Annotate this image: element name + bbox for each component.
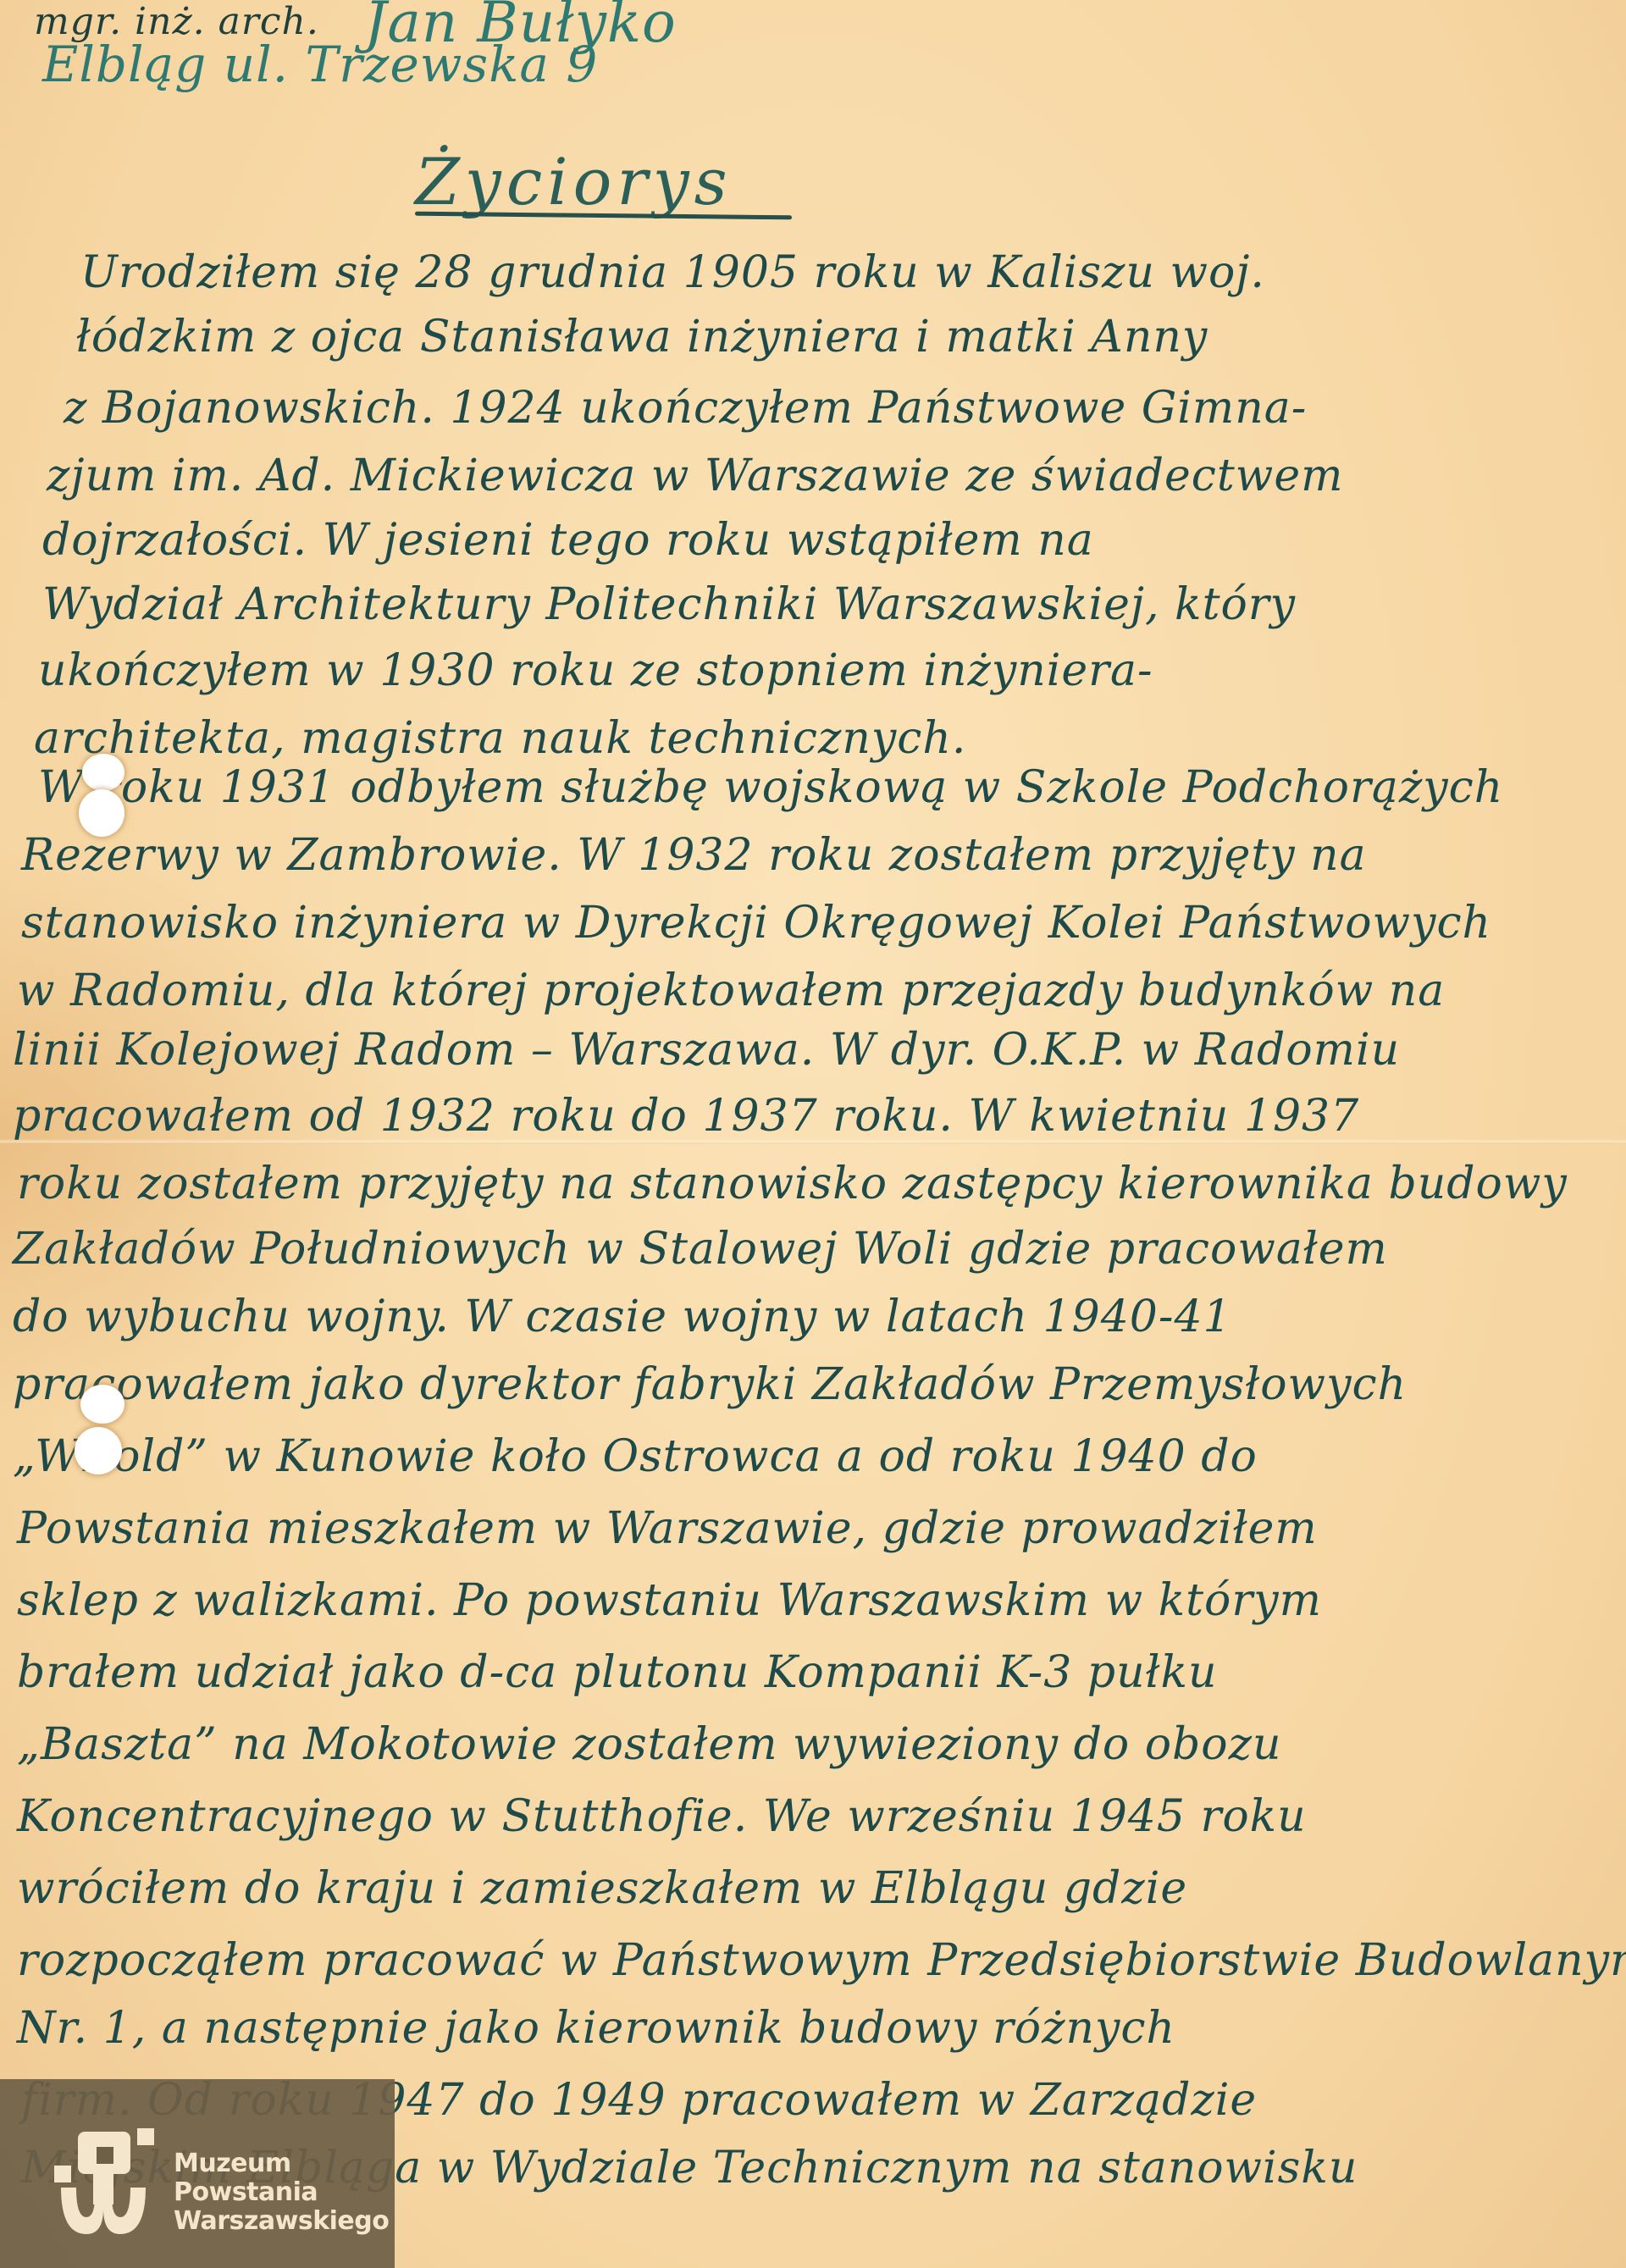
body-line: W roku 1931 odbyłem służbę wojskową w Sz… xyxy=(38,762,1503,813)
punch-hole-top-upper xyxy=(82,754,124,791)
body-line: z Bojanowskich. 1924 ukończyłem Państwow… xyxy=(64,383,1307,434)
body-line: roku zostałem przyjęty na stanowisko zas… xyxy=(17,1159,1568,1209)
body-line: brałem udział jako d-ca plutonu Kompanii… xyxy=(17,1647,1217,1698)
body-line: rozpocząłem pracować w Państwowym Przeds… xyxy=(17,1935,1626,1986)
body-line: do wybuchu wojny. W czasie wojny w latac… xyxy=(13,1292,1232,1342)
body-line: sklep z walizkami. Po powstaniu Warszaws… xyxy=(17,1575,1322,1626)
museum-watermark: Muzeum Powstania Warszawskiego xyxy=(0,2079,395,2268)
body-line: w Radomiu, dla której projektowałem prze… xyxy=(17,965,1445,1016)
body-line: Urodziłem się 28 grudnia 1905 roku w Kal… xyxy=(80,247,1265,298)
museum-name-line: Warszawskiego xyxy=(174,2207,389,2236)
header-address: Elbląg ul. Trzewska 9 xyxy=(42,36,598,93)
document-title: Życiorys xyxy=(415,144,733,219)
body-line: łódzkim z ojca Stanisława inżyniera i ma… xyxy=(76,312,1208,362)
punch-hole-bottom-lower xyxy=(75,1427,122,1474)
body-line: „Witold” w Kunowie koło Ostrowca a od ro… xyxy=(13,1431,1258,1482)
body-line: „Baszta” na Mokotowie zostałem wywiezion… xyxy=(17,1719,1281,1770)
punch-hole-bottom-upper xyxy=(80,1385,124,1424)
body-line: pracowałem jako dyrektor fabryki Zakładó… xyxy=(13,1359,1407,1410)
body-line: Nr. 1, a następnie jako kierownik budowy… xyxy=(17,2003,1175,2054)
body-line: Wydział Architektury Politechniki Warsza… xyxy=(42,579,1296,630)
body-line: Rezerwy w Zambrowie. W 1932 roku zostałe… xyxy=(21,830,1367,881)
body-line: stanowisko inżyniera w Dyrekcji Okręgowe… xyxy=(21,898,1491,949)
museum-name: Muzeum Powstania Warszawskiego xyxy=(174,2149,389,2236)
body-line: Zakładów Południowych w Stalowej Woli gd… xyxy=(13,1224,1388,1275)
body-line: zjum im. Ad. Mickiewicza w Warszawie ze … xyxy=(47,451,1343,501)
body-line: dojrzałości. W jesieni tego roku wstąpił… xyxy=(42,515,1094,566)
museum-name-line: Powstania xyxy=(174,2178,389,2207)
punch-hole-top-lower xyxy=(79,789,124,837)
body-line: linii Kolejowej Radom – Warszawa. W dyr.… xyxy=(13,1025,1400,1076)
body-line: architekta, magistra nauk technicznych. xyxy=(34,713,966,764)
body-line: wróciłem do kraju i zamieszkałem w Elblą… xyxy=(17,1863,1187,1914)
body-line: ukończyłem w 1930 roku ze stopniem inżyn… xyxy=(38,645,1153,696)
museum-name-line: Muzeum xyxy=(174,2149,389,2178)
body-line: pracowałem od 1932 roku do 1937 roku. W … xyxy=(13,1091,1359,1142)
warsaw-rising-anchor-logo-icon xyxy=(53,2128,154,2238)
body-line: Powstania mieszkałem w Warszawie, gdzie … xyxy=(17,1503,1318,1554)
body-line: Koncentracyjnego w Stutthofie. We wrześn… xyxy=(17,1791,1307,1842)
